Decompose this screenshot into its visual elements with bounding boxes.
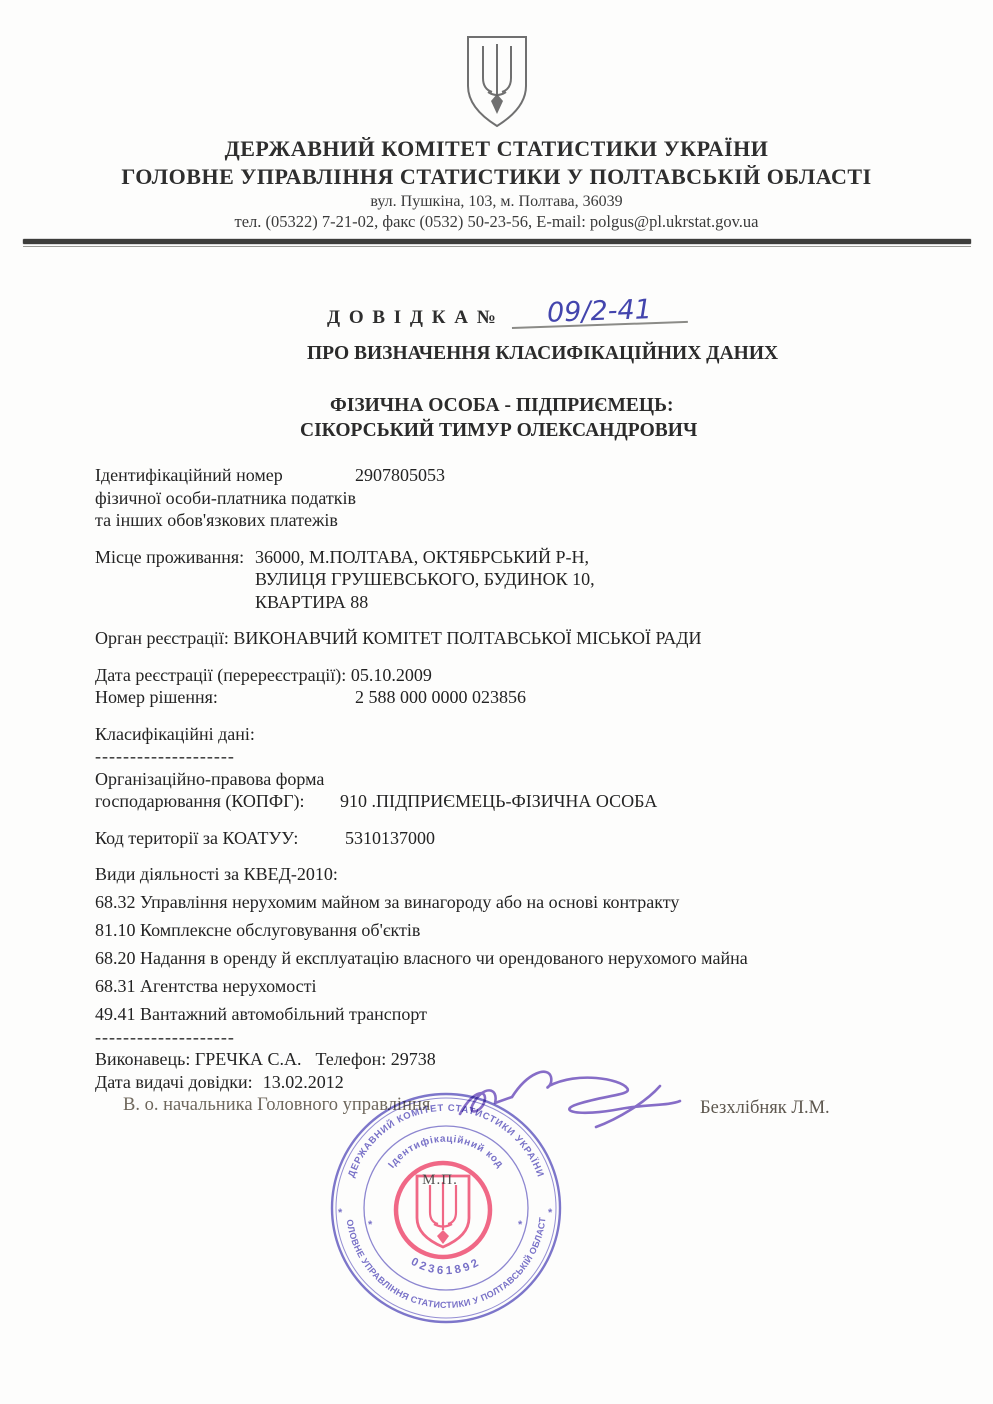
- kopfg-value: 910 .ПІДПРИЄМЕЦЬ-ФІЗИЧНА ОСОБА: [340, 791, 657, 811]
- stamp-star-icon: *: [368, 1219, 373, 1231]
- document-body: Ідентифікаційний номер2907805053 фізично…: [95, 464, 993, 1093]
- id-label: Ідентифікаційний номер: [95, 464, 355, 487]
- org-name-line1: ДЕРЖАВНИЙ КОМІТЕТ СТАТИСТИКИ УКРАЇНИ: [0, 136, 993, 162]
- doc-subtitle: ПРО ВИЗНАЧЕННЯ КЛАСИФІКАЦІЙНИХ ДАНИХ: [307, 343, 993, 365]
- reg-authority-label: Орган реєстрації:: [95, 628, 229, 648]
- stamp-star-icon: *: [518, 1219, 523, 1231]
- activity-code: 68.31: [95, 976, 136, 996]
- issue-date-label: Дата видачі довідки:: [95, 1072, 253, 1092]
- residence-line1: 36000, М.ПОЛТАВА, ОКТЯБРСЬКИЙ Р-Н,: [255, 546, 595, 569]
- activity-name: Вантажний автомобільний транспорт: [140, 1004, 427, 1024]
- activity-name: Управління нерухомим майном за винагород…: [140, 892, 679, 912]
- phone-label: Телефон:: [315, 1049, 386, 1069]
- separator-dashes: --------------------: [95, 1026, 993, 1049]
- activity-item: 81.10 Комплексне обслуговування об'єктів: [95, 919, 993, 942]
- stamp-star-icon: *: [548, 1207, 553, 1219]
- stamp-border-rings: [332, 1094, 560, 1322]
- stamp-star-icon: *: [338, 1207, 343, 1219]
- reg-date-label: Дата реєстрації (перереєстрації):: [95, 665, 346, 685]
- separator-dashes: --------------------: [95, 745, 993, 768]
- koatuu-label: Код території за КОАТУУ:: [95, 827, 345, 850]
- residence-line3: КВАРТИРА 88: [255, 591, 595, 614]
- id-label-line2: фізичної особи-платника податків: [95, 487, 993, 510]
- org-address: вул. Пушкіна, 103, м. Полтава, 36039: [0, 193, 993, 211]
- scanned-certificate-page: ДЕРЖАВНИЙ КОМІТЕТ СТАТИСТИКИ УКРАЇНИ ГОЛ…: [0, 0, 993, 1404]
- reg-authority-value: ВИКОНАВЧИЙ КОМІТЕТ ПОЛТАВСЬКОЇ МІСЬКОЇ Р…: [233, 628, 701, 648]
- decision-number-row: Номер рішення:2 588 000 0000 023856: [95, 686, 993, 709]
- signatory-name: Безхлібняк Л.М.: [700, 1098, 830, 1119]
- decision-label: Номер рішення:: [95, 686, 355, 709]
- id-number-row: Ідентифікаційний номер2907805053: [95, 464, 993, 487]
- doc-number-line: Д О В І Д К А №09/2-41: [327, 303, 993, 329]
- letterhead: ДЕРЖАВНИЙ КОМІТЕТ СТАТИСТИКИ УКРАЇНИ ГОЛ…: [0, 34, 993, 247]
- decision-value: 2 588 000 0000 023856: [355, 687, 526, 707]
- kopfg-label-line1: Організаційно-правова форма: [95, 768, 993, 791]
- residence-line2: ВУЛИЦЯ ГРУШЕВСЬКОГО, БУДИНОК 10,: [255, 568, 595, 591]
- doc-label: Д О В І Д К А №: [327, 307, 498, 328]
- koatuu-row: Код території за КОАТУУ:5310137000: [95, 827, 993, 850]
- letterhead-rule: [23, 239, 971, 247]
- activity-code: 68.32: [95, 892, 136, 912]
- entity-type: ФІЗИЧНА ОСОБА - ПІДПРИЄМЕЦЬ:: [330, 395, 993, 417]
- org-name-line2: ГОЛОВНЕ УПРАВЛІННЯ СТАТИСТИКИ У ПОЛТАВСЬ…: [0, 164, 993, 190]
- executor-label: Виконавець:: [95, 1049, 190, 1069]
- official-round-stamp: ДЕРЖАВНИЙ КОМІТЕТ СТАТИСТИКИ УКРАЇНИ ГОЛ…: [316, 1078, 576, 1338]
- entity-name: СІКОРСЬКИЙ ТИМУР ОЛЕКСАНДРОВИЧ: [300, 420, 993, 442]
- activity-item: 49.41 Вантажний автомобільний транспорт: [95, 1003, 993, 1026]
- phone-value: 29738: [391, 1049, 436, 1069]
- kved-label: Види діяльності за КВЕД-2010:: [95, 863, 993, 886]
- executor-name: ГРЕЧКА С.А.: [195, 1049, 302, 1069]
- activity-code: 49.41: [95, 1004, 136, 1024]
- activity-item: 68.31 Агентства нерухомості: [95, 975, 993, 998]
- activity-item: 68.20 Надання в оренду й експлуатацію вл…: [95, 947, 993, 970]
- activity-name: Агентства нерухомості: [140, 976, 317, 996]
- activity-code: 68.20: [95, 948, 136, 968]
- id-label-line3: та інших обов'язкових платежів: [95, 509, 993, 532]
- kopfg-row: господарювання (КОПФГ):910 .ПІДПРИЄМЕЦЬ-…: [95, 790, 993, 813]
- doc-number-handwritten: 09/2-41: [511, 297, 688, 329]
- registration-date-row: Дата реєстрації (перереєстрації): 05.10.…: [95, 664, 993, 687]
- residence-label: Місце проживання:: [95, 546, 255, 614]
- activities-list: 68.32 Управління нерухомим майном за вин…: [95, 891, 993, 1026]
- residence-block: Місце проживання: 36000, М.ПОЛТАВА, ОКТЯ…: [95, 546, 993, 614]
- kopfg-label-line2: господарювання (КОПФГ):: [95, 790, 340, 813]
- activity-name: Надання в оренду й експлуатацію власного…: [140, 948, 748, 968]
- activity-code: 81.10: [95, 920, 136, 940]
- koatuu-value: 5310137000: [345, 828, 435, 848]
- stamp-trident-icon: [430, 1182, 456, 1230]
- stamp-mp-label: М.П.: [422, 1172, 458, 1188]
- activity-item: 68.32 Управління нерухомим майном за вин…: [95, 891, 993, 914]
- reg-date-value: 05.10.2009: [351, 665, 432, 685]
- residence-address: 36000, М.ПОЛТАВА, ОКТЯБРСЬКИЙ Р-Н, ВУЛИЦ…: [255, 546, 595, 614]
- id-value: 2907805053: [355, 465, 445, 485]
- registration-authority-row: Орган реєстрації: ВИКОНАВЧИЙ КОМІТЕТ ПОЛ…: [95, 627, 993, 650]
- org-contacts: тел. (05322) 7-21-02, факс (0532) 50-23-…: [0, 212, 993, 232]
- activity-name: Комплексне обслуговування об'єктів: [140, 920, 420, 940]
- classification-label: Класифікаційні дані:: [95, 723, 993, 746]
- trident-emblem-icon: [462, 34, 532, 132]
